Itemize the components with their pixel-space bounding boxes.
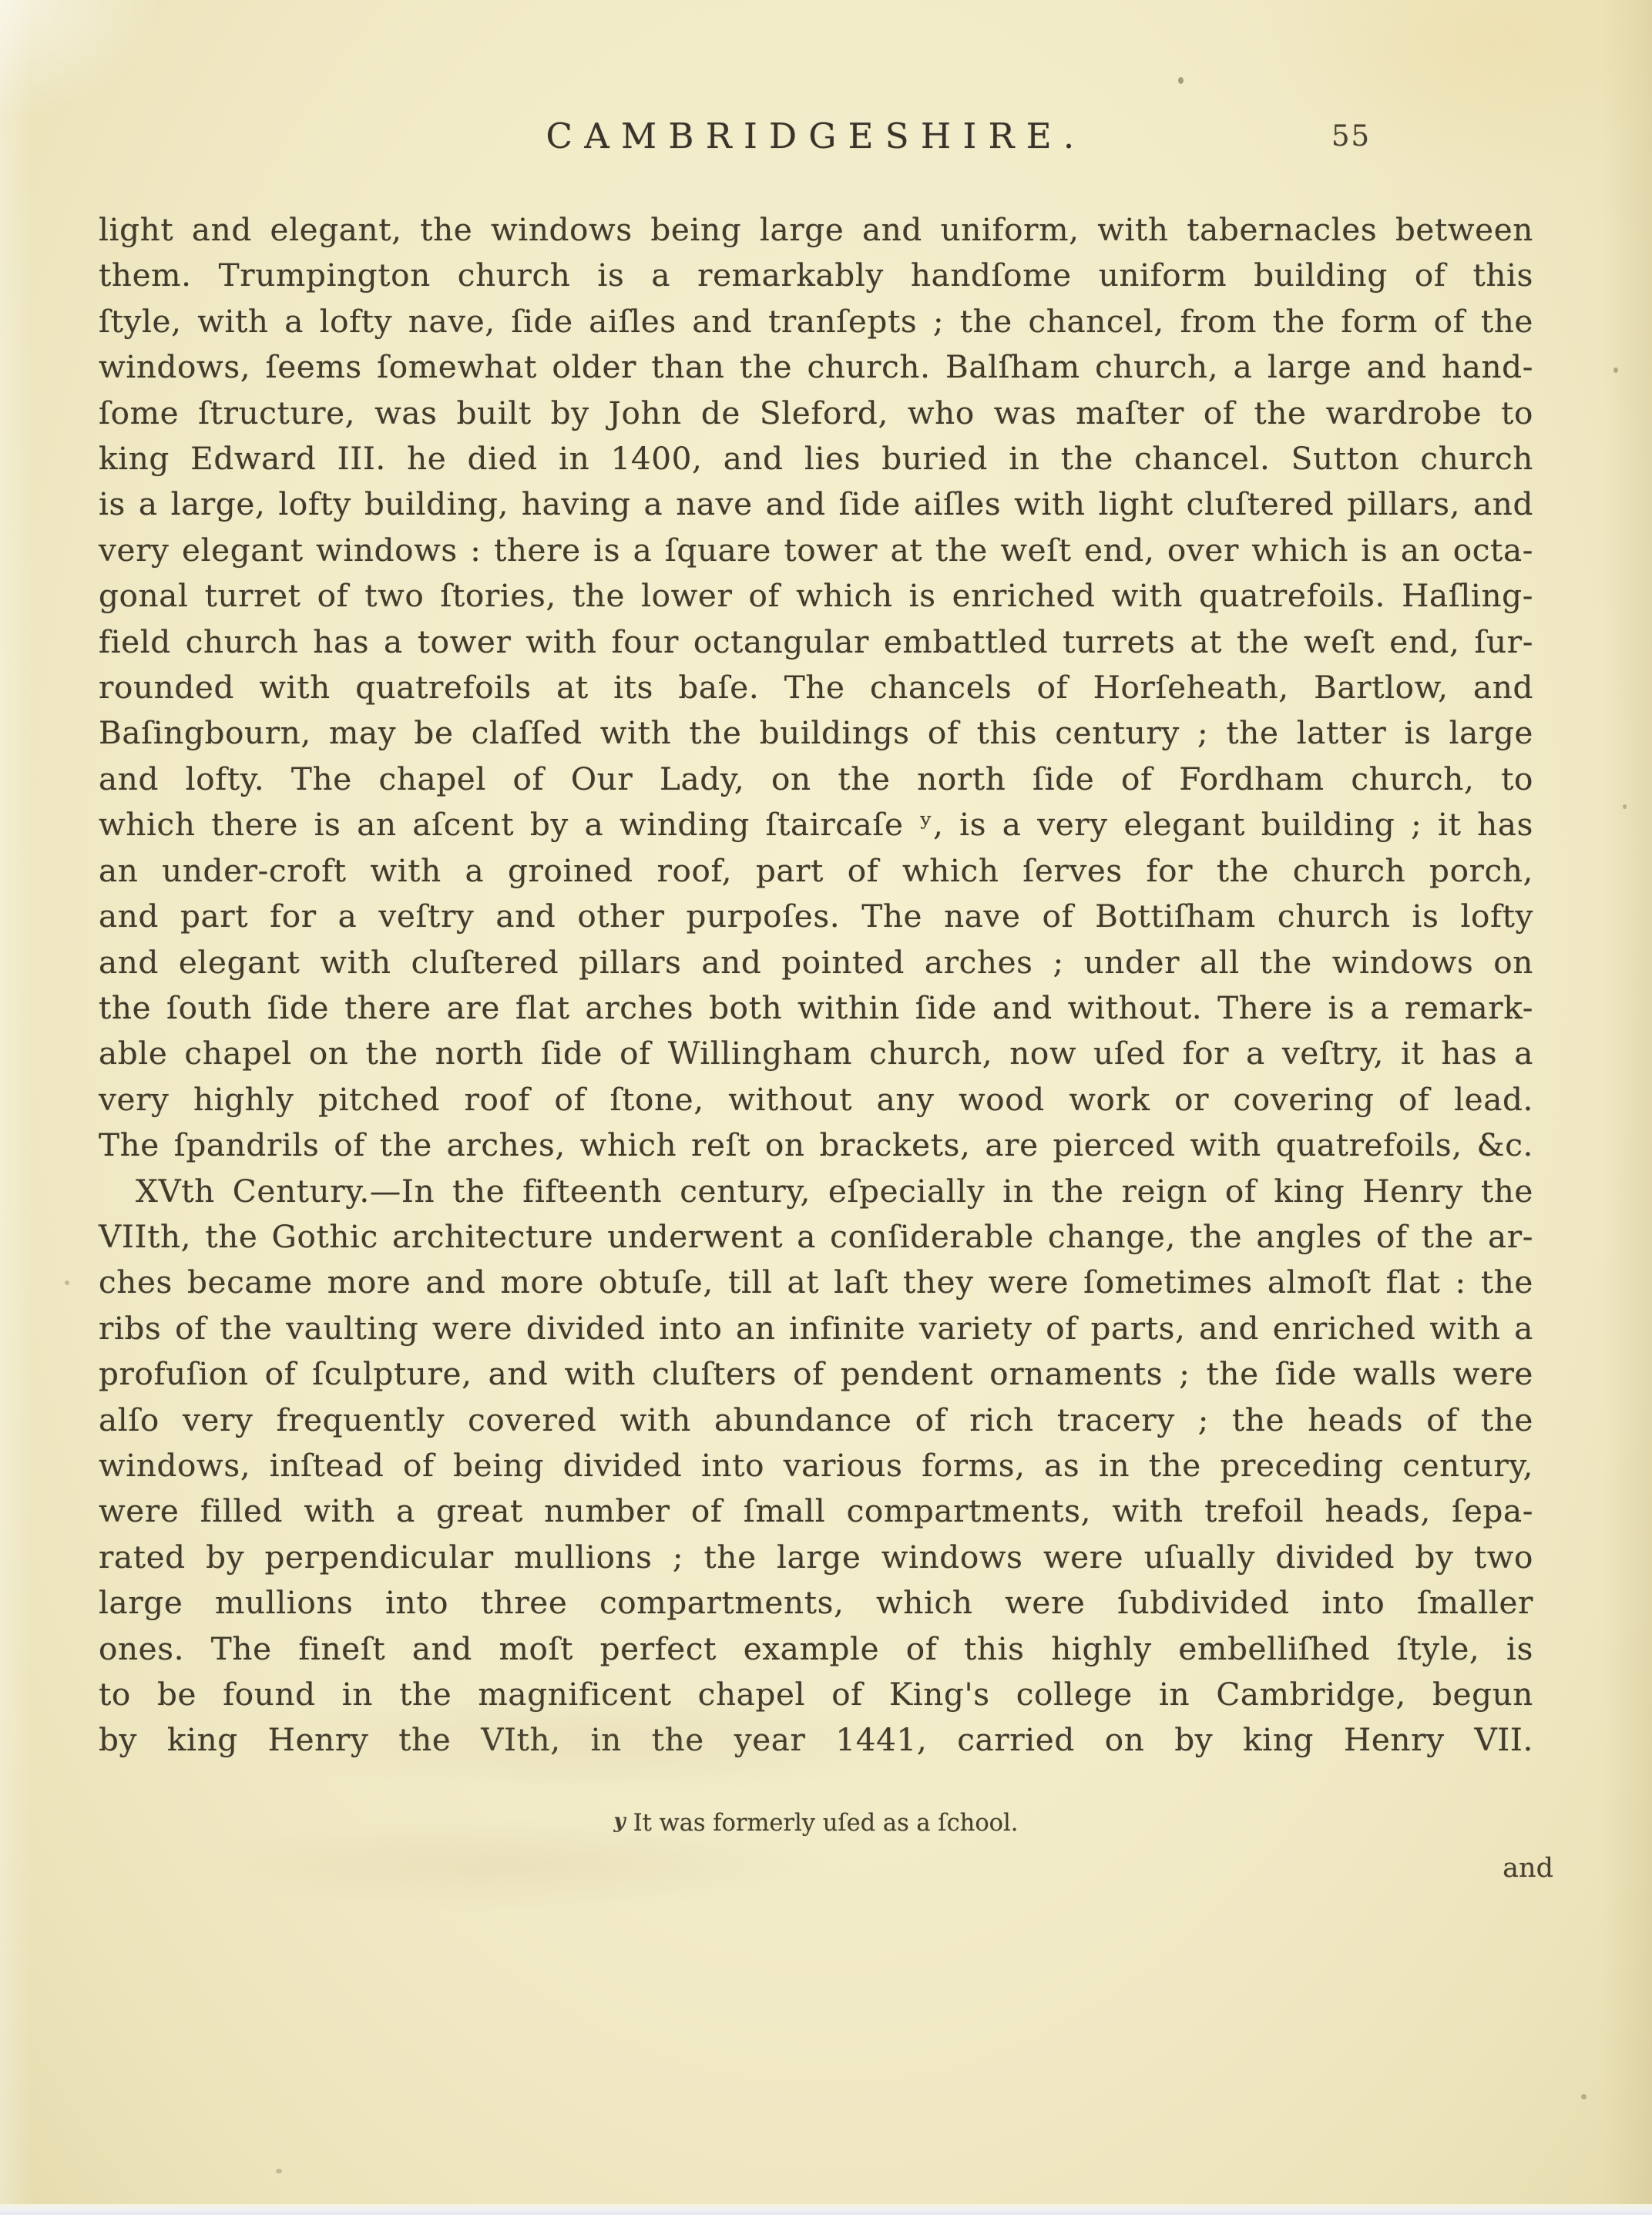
text-line: Baſingbourn, may be claſſed with the bui…	[99, 710, 1533, 756]
body-text-block: light and elegant, the windows being lar…	[99, 207, 1533, 1764]
text-line: ribs of the vaulting were divided into a…	[99, 1306, 1533, 1351]
text-line: which there is an aſcent by a winding ſt…	[99, 802, 1533, 847]
text-line: alſo very frequently covered with abunda…	[99, 1398, 1533, 1443]
text-line: XVth Century.—In the fifteenth century, …	[99, 1169, 1533, 1214]
text-line: very highly pitched roof of ſtone, witho…	[99, 1077, 1533, 1123]
text-line: an under-croft with a groined roof, part…	[99, 848, 1533, 894]
paper-speck	[1613, 367, 1618, 373]
text-line: profuſion of ſculpture, and with cluſter…	[99, 1351, 1533, 1397]
text-line: king Edward III. he died in 1400, and li…	[99, 436, 1533, 482]
text-line: very elegant windows : there is a ſquare…	[99, 528, 1533, 573]
page-number: 55	[1331, 119, 1371, 153]
paper-speck	[65, 1280, 69, 1285]
text-line: is a large, lofty building, having a nav…	[99, 482, 1533, 527]
show-through-blob	[200, 1818, 832, 1911]
text-line: them. Trumpington church is a remarkably…	[99, 253, 1533, 298]
paper-speck	[1581, 2094, 1587, 2099]
text-line: able chapel on the north ſide of Willing…	[99, 1031, 1533, 1076]
text-line: windows, ſeems ſomewhat older than the c…	[99, 344, 1533, 390]
text-line: and elegant with cluſtered pillars and p…	[99, 940, 1533, 985]
scan-bottom-edge	[0, 2204, 1652, 2215]
text-line: the ſouth ſide there are flat arches bot…	[99, 985, 1533, 1031]
paper-speck	[1623, 804, 1627, 809]
running-head: CAMBRIDGESHIRE.	[99, 116, 1533, 156]
text-line: ches became more and more obtuſe, till a…	[99, 1260, 1533, 1305]
paper-speck	[1178, 77, 1184, 84]
text-line: ſtyle, with a lofty nave, ſide aiſles an…	[99, 299, 1533, 344]
text-line: and part for a veſtry and other purpoſes…	[99, 894, 1533, 939]
show-through-blob	[254, 1687, 948, 1795]
scanned-book-page: CAMBRIDGESHIRE. 55 light and elegant, th…	[0, 0, 1652, 2215]
text-line: VIIth, the Gothic architecture underwent…	[99, 1214, 1533, 1260]
text-line: The ſpandrils of the arches, which reſt …	[99, 1123, 1533, 1168]
paper-speck	[276, 2169, 282, 2173]
text-line: light and elegant, the windows being lar…	[99, 207, 1533, 253]
text-line: large mullions into three compartments, …	[99, 1580, 1533, 1626]
text-line: windows, inſtead of being divided into v…	[99, 1443, 1533, 1488]
text-line: rated by perpendicular mullions ; the la…	[99, 1535, 1533, 1580]
text-line: were filled with a great number of ſmall…	[99, 1488, 1533, 1534]
text-line: field church has a tower with four octan…	[99, 619, 1533, 665]
text-line: ones. The fineſt and moſt perfect exampl…	[99, 1626, 1533, 1672]
text-line: and lofty. The chapel of Our Lady, on th…	[99, 757, 1533, 802]
text-line: gonal turret of two ſtories, the lower o…	[99, 573, 1533, 619]
text-line: rounded with quatrefoils at its baſe. Th…	[99, 665, 1533, 710]
text-line: ſome ſtructure, was built by John de Sle…	[99, 391, 1533, 436]
